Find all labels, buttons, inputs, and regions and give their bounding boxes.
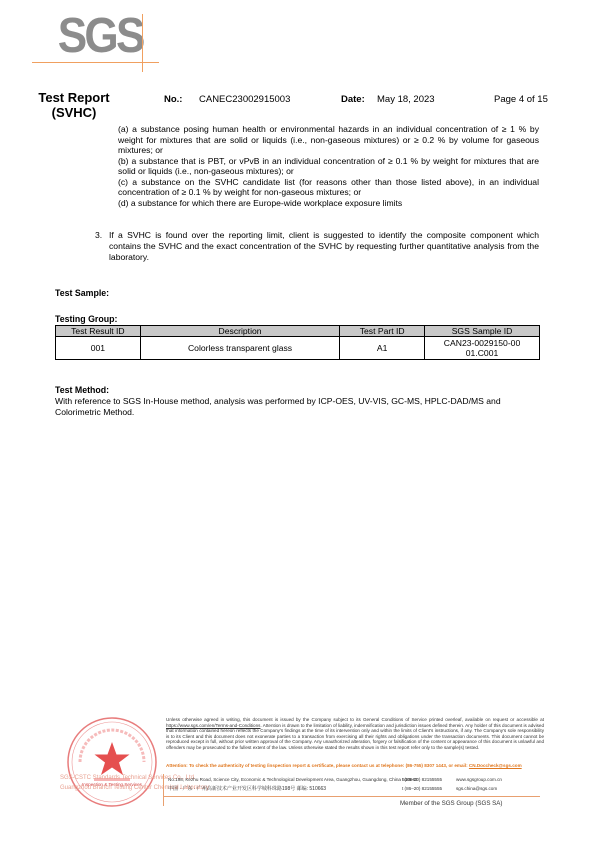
report-date-label: Date: — [341, 94, 365, 105]
sample-description: Colorless transparent glass — [140, 337, 340, 360]
company-seal-icon: Inspection & Testing Services — [66, 716, 158, 808]
logo-vertical-line — [142, 14, 143, 72]
report-date: May 18, 2023 — [377, 94, 435, 105]
definition-d: (d) a substance for which there are Euro… — [118, 198, 539, 209]
note-number: 3. — [95, 230, 102, 241]
terms-link[interactable]: https://www.sgs.com/en/Terms-and-Conditi… — [166, 723, 260, 728]
phone-1: t (86–20) 82155555 — [402, 777, 442, 782]
svhc-definitions: (a) a substance posing human health or e… — [118, 124, 539, 208]
column-header: SGS Sample ID — [425, 326, 540, 337]
address-chinese: 中国 · 广东 · 广州高新技术产业开发区科学城科珠路198号 邮编: 5106… — [168, 785, 326, 792]
doccheck-email-link[interactable]: CN.Doccheck@sgs.com — [469, 763, 522, 768]
report-number: CANEC23002915003 — [199, 94, 290, 105]
note-3: 3. If a SVHC is found over the reporting… — [95, 230, 539, 263]
legal-disclaimer: Unless otherwise agreed in writing, this… — [166, 717, 544, 751]
sgs-sample-id: CAN23-0029150-0001.C001 — [425, 337, 540, 360]
testing-group-label: Testing Group: — [55, 314, 117, 324]
column-header: Test Result ID — [56, 326, 141, 337]
website-link[interactable]: www.sgsgroup.com.cn — [456, 777, 502, 782]
column-header: Test Part ID — [340, 326, 425, 337]
report-title: Test Report (SVHC) — [34, 90, 114, 120]
phone-2: t (86–20) 82155555 — [402, 786, 442, 791]
column-header: Description — [140, 326, 340, 337]
sgs-logo: SGS — [55, 12, 155, 72]
report-number-label: No.: — [164, 94, 182, 105]
table-row: 001 Colorless transparent glass A1 CAN23… — [56, 337, 540, 360]
test-method-text: With reference to SGS In-House method, a… — [55, 396, 545, 417]
logo-horizontal-line — [32, 62, 159, 63]
report-title-line1: Test Report — [34, 90, 114, 105]
member-statement: Member of the SGS Group (SGS SA) — [400, 800, 502, 807]
authenticity-notice: Attention: To check the authenticity of … — [166, 763, 544, 769]
email-link[interactable]: sgs.china@sgs.com — [456, 786, 497, 791]
address-divider-vertical — [163, 774, 164, 806]
testing-group-table: Test Result ID Description Test Part ID … — [55, 325, 540, 360]
test-part-id: A1 — [340, 337, 425, 360]
test-sample-label: Test Sample: — [55, 288, 109, 298]
sgs-logo-text: SGS — [55, 12, 143, 61]
address-english: No.198, Kezhu Road, Science City, Econom… — [168, 777, 418, 782]
page-indicator: Page 4 of 15 — [494, 94, 548, 105]
attention-text: Attention: To check the authenticity of … — [166, 763, 469, 768]
definition-b: (b) a substance that is PBT, or vPvB in … — [118, 156, 539, 177]
test-result-id: 001 — [56, 337, 141, 360]
definition-c: (c) a substance on the SVHC candidate li… — [118, 177, 539, 198]
test-method-label: Test Method: — [55, 385, 109, 395]
disclaimer-text-pre: Unless otherwise agreed in writing, this… — [166, 717, 544, 722]
definition-a: (a) a substance posing human health or e… — [118, 124, 539, 156]
address-divider-horizontal — [163, 796, 540, 797]
table-header-row: Test Result ID Description Test Part ID … — [56, 326, 540, 337]
note-text: If a SVHC is found over the reporting li… — [95, 230, 539, 263]
report-title-line2: (SVHC) — [34, 105, 114, 120]
sgs-sample-id-text: CAN23-0029150-0001.C001 — [442, 338, 522, 358]
